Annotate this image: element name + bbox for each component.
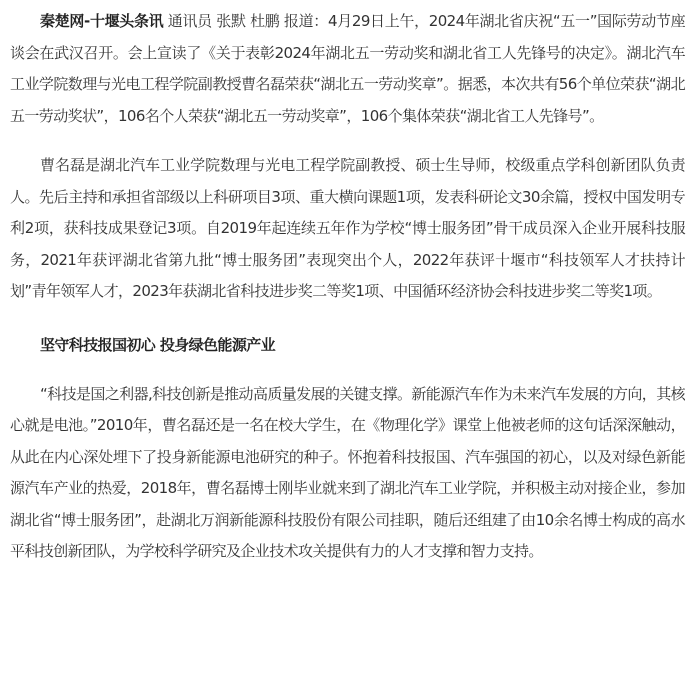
byline: 通讯员 张默 杜鹏 报道： [163, 12, 328, 30]
section-heading: 坚守科技报国初心 投身绿色能源产业 [10, 330, 685, 361]
news-source: 秦楚网-十堰头条讯 [40, 12, 163, 30]
profile-paragraph: 曹名磊是湖北汽车工业学院数理与光电工程学院副教授、硕士生导师，校级重点学科创新团… [10, 150, 685, 308]
lead-paragraph: 秦楚网-十堰头条讯 通讯员 张默 杜鹏 报道：4月29日上午，2024年湖北省庆… [10, 0, 685, 132]
article-body: 秦楚网-十堰头条讯 通讯员 张默 杜鹏 报道：4月29日上午，2024年湖北省庆… [0, 0, 685, 568]
story-paragraph: “科技是国之利器,科技创新是推动高质量发展的关键支撑。新能源汽车作为未来汽车发展… [10, 379, 685, 568]
